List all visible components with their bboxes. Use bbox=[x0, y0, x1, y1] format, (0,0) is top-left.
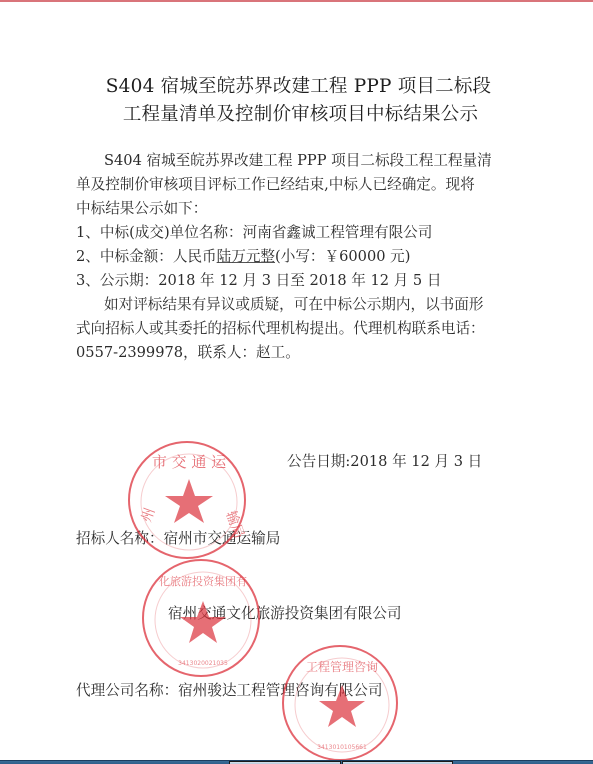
item-publicity-period-label: 3、公示期： bbox=[76, 272, 158, 289]
svg-text:工程管理咨询: 工程管理咨询 bbox=[306, 660, 378, 674]
document-title-line-2: 工程量清单及控制价审核项目中标结果公示 bbox=[4, 100, 593, 126]
announcement-date: 公告日期:2018 年 12 月 3 日 bbox=[287, 453, 482, 471]
item-bid-amount-figure: (小写：￥60000 元) bbox=[275, 248, 410, 265]
objection-line-1: 如对评标结果有异议或质疑，可在中标公示期内，以书面形 bbox=[104, 296, 483, 314]
objection-line-2: 式向招标人或其委托的招标代理机构提出。代理机构联系电话： bbox=[76, 320, 485, 338]
item-winning-bidder-value: 河南省鑫诚工程管理有限公司 bbox=[243, 224, 433, 241]
svg-text:3413020021035: 3413020021035 bbox=[178, 660, 228, 667]
tenderer-label: 招标人名称： bbox=[76, 530, 164, 547]
item-bid-amount-label: 2、中标金额：人民币 bbox=[76, 248, 217, 265]
item-winning-bidder: 1、中标(成交)单位名称：河南省鑫诚工程管理有限公司 bbox=[76, 224, 432, 242]
item-bid-amount-words: 陆万元整 bbox=[217, 248, 275, 265]
document-title-line-1: S404 宿城至皖苏界改建工程 PPP 项目二标段 bbox=[2, 72, 593, 98]
objection-line-3: 0557-2399978，联系人：赵工。 bbox=[76, 344, 300, 362]
top-rule bbox=[0, 0, 593, 2]
item-publicity-period: 3、公示期：2018 年 12 月 3 日至 2018 年 12 月 5 日 bbox=[76, 272, 441, 290]
star-icon: 工程管理咨询 3413010105661 bbox=[284, 647, 400, 763]
item-winning-bidder-label: 1、中标(成交)单位名称： bbox=[76, 224, 243, 241]
intro-line-3: 中标结果公示如下： bbox=[76, 200, 207, 218]
stamp-junda-consulting: 工程管理咨询 3413010105661 bbox=[282, 645, 398, 761]
agency-label: 代理公司名称： bbox=[76, 682, 178, 699]
tenderer-name: 招标人名称：宿州市交通运输局 bbox=[76, 530, 280, 548]
agency-value: 宿州骏达工程管理咨询有限公司 bbox=[178, 682, 382, 699]
item-publicity-period-value: 2018 年 12 月 3 日至 2018 年 12 月 5 日 bbox=[158, 272, 441, 289]
agency-name: 代理公司名称：宿州骏达工程管理咨询有限公司 bbox=[76, 682, 383, 700]
svg-text:州: 州 bbox=[139, 506, 159, 525]
intro-line-2: 单及控制价审核项目评标工作已经结束,中标人已经确定。现将 bbox=[76, 176, 475, 194]
tenderer-value: 宿州市交通运输局 bbox=[164, 530, 281, 547]
svg-text:市 交 通 运: 市 交 通 运 bbox=[152, 453, 227, 471]
intro-line-1: S404 宿城至皖苏界改建工程 PPP 项目二标段工程工程量清 bbox=[104, 152, 492, 170]
item-bid-amount: 2、中标金额：人民币陆万元整(小写：￥60000 元) bbox=[76, 248, 410, 266]
owner-company: 宿州交通文化旅游投资集团有限公司 bbox=[168, 605, 402, 623]
svg-text:化旅游投资集团有: 化旅游投资集团有 bbox=[159, 574, 247, 588]
svg-text:3413010105661: 3413010105661 bbox=[317, 744, 367, 751]
